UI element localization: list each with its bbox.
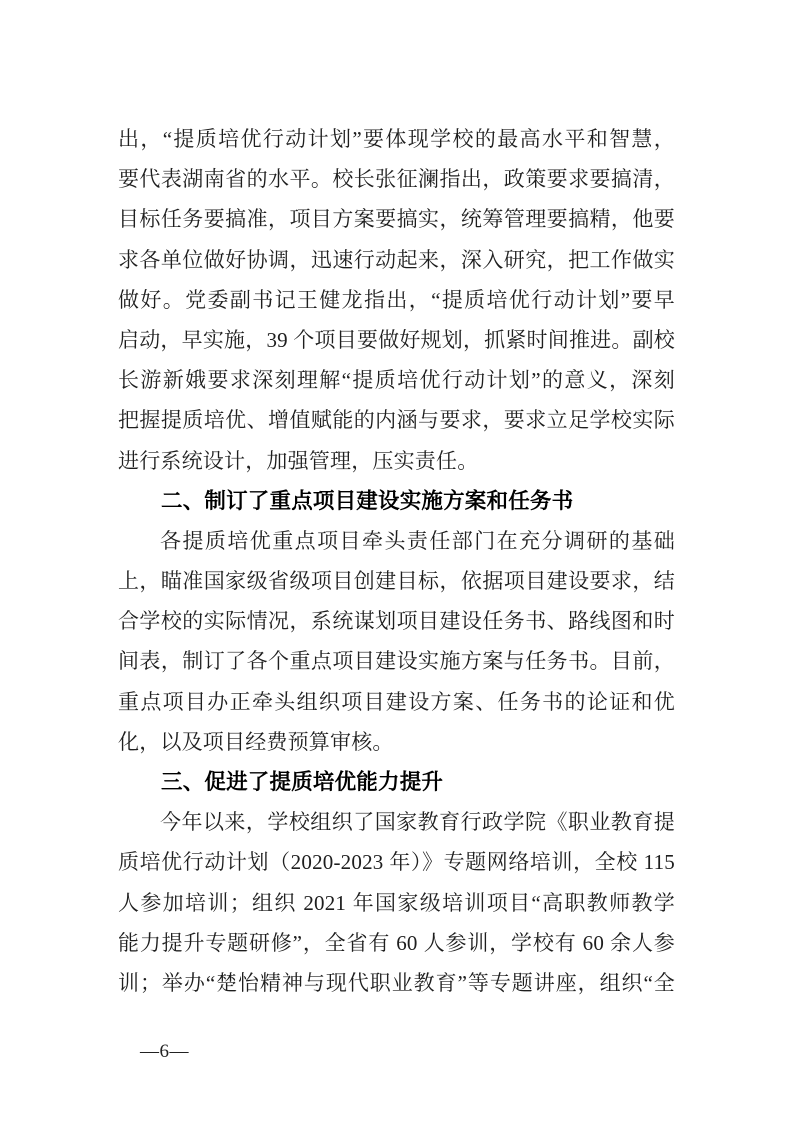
text-line: 间表，制订了各个重点项目建设实施方案与任务书。目前， [118,641,675,681]
text-line: 要代表湖南省的水平。校长张征澜指出，政策要求要搞清， [118,159,675,199]
text-line: 合学校的实际情况，系统谋划项目建设任务书、路线图和时 [118,601,675,641]
text-line: 重点项目办正牵头组织项目建设方案、任务书的论证和优 [118,682,675,722]
text-line: 做好。党委副书记王健龙指出，“提质培优行动计划”要早 [118,280,675,320]
text-line: 今年以来，学校组织了国家教育行政学院《职业教育提 [118,802,675,842]
page-number: —6— [140,1041,189,1062]
document-content: 出，“提质培优行动计划”要体现学校的最高水平和智慧，要代表湖南省的水平。校长张征… [118,119,675,1003]
text-line: 能力提升专题研修”，全省有 60 人参训，学校有 60 余人参 [118,923,675,963]
text-line: 启动，早实施，39 个项目要做好规划，抓紧时间推进。副校 [118,320,675,360]
text-line: 把握提质培优、增值赋能的内涵与要求，要求立足学校实际 [118,400,675,440]
text-line: 目标任务要搞准，项目方案要搞实，统筹管理要搞精，他要 [118,199,675,239]
text-line: 求各单位做好协调，迅速行动起来，深入研究，把工作做实 [118,240,675,280]
section-heading: 三、促进了提质培优能力提升 [118,762,675,802]
text-line: 上，瞄准国家级省级项目创建目标，依据项目建设要求，结 [118,561,675,601]
text-line: 质培优行动计划（2020-2023 年）》专题网络培训，全校 115 [118,842,675,882]
text-line: 长游新娥要求深刻理解“提质培优行动计划”的意义，深刻 [118,360,675,400]
text-line: 进行系统设计，加强管理，压实责任。 [118,441,675,481]
text-line: 化，以及项目经费预算审核。 [118,722,675,762]
text-line: 人参加培训；组织 2021 年国家级培训项目“高职教师教学 [118,883,675,923]
document-page: 出，“提质培优行动计划”要体现学校的最高水平和智慧，要代表湖南省的水平。校长张征… [0,0,793,1122]
page-footer: —6— [140,1040,189,1064]
text-line: 出，“提质培优行动计划”要体现学校的最高水平和智慧， [118,119,675,159]
text-line: 训；举办“楚怡精神与现代职业教育”等专题讲座，组织“全 [118,963,675,1003]
text-line: 各提质培优重点项目牵头责任部门在充分调研的基础 [118,521,675,561]
section-heading: 二、制订了重点项目建设实施方案和任务书 [118,481,675,521]
